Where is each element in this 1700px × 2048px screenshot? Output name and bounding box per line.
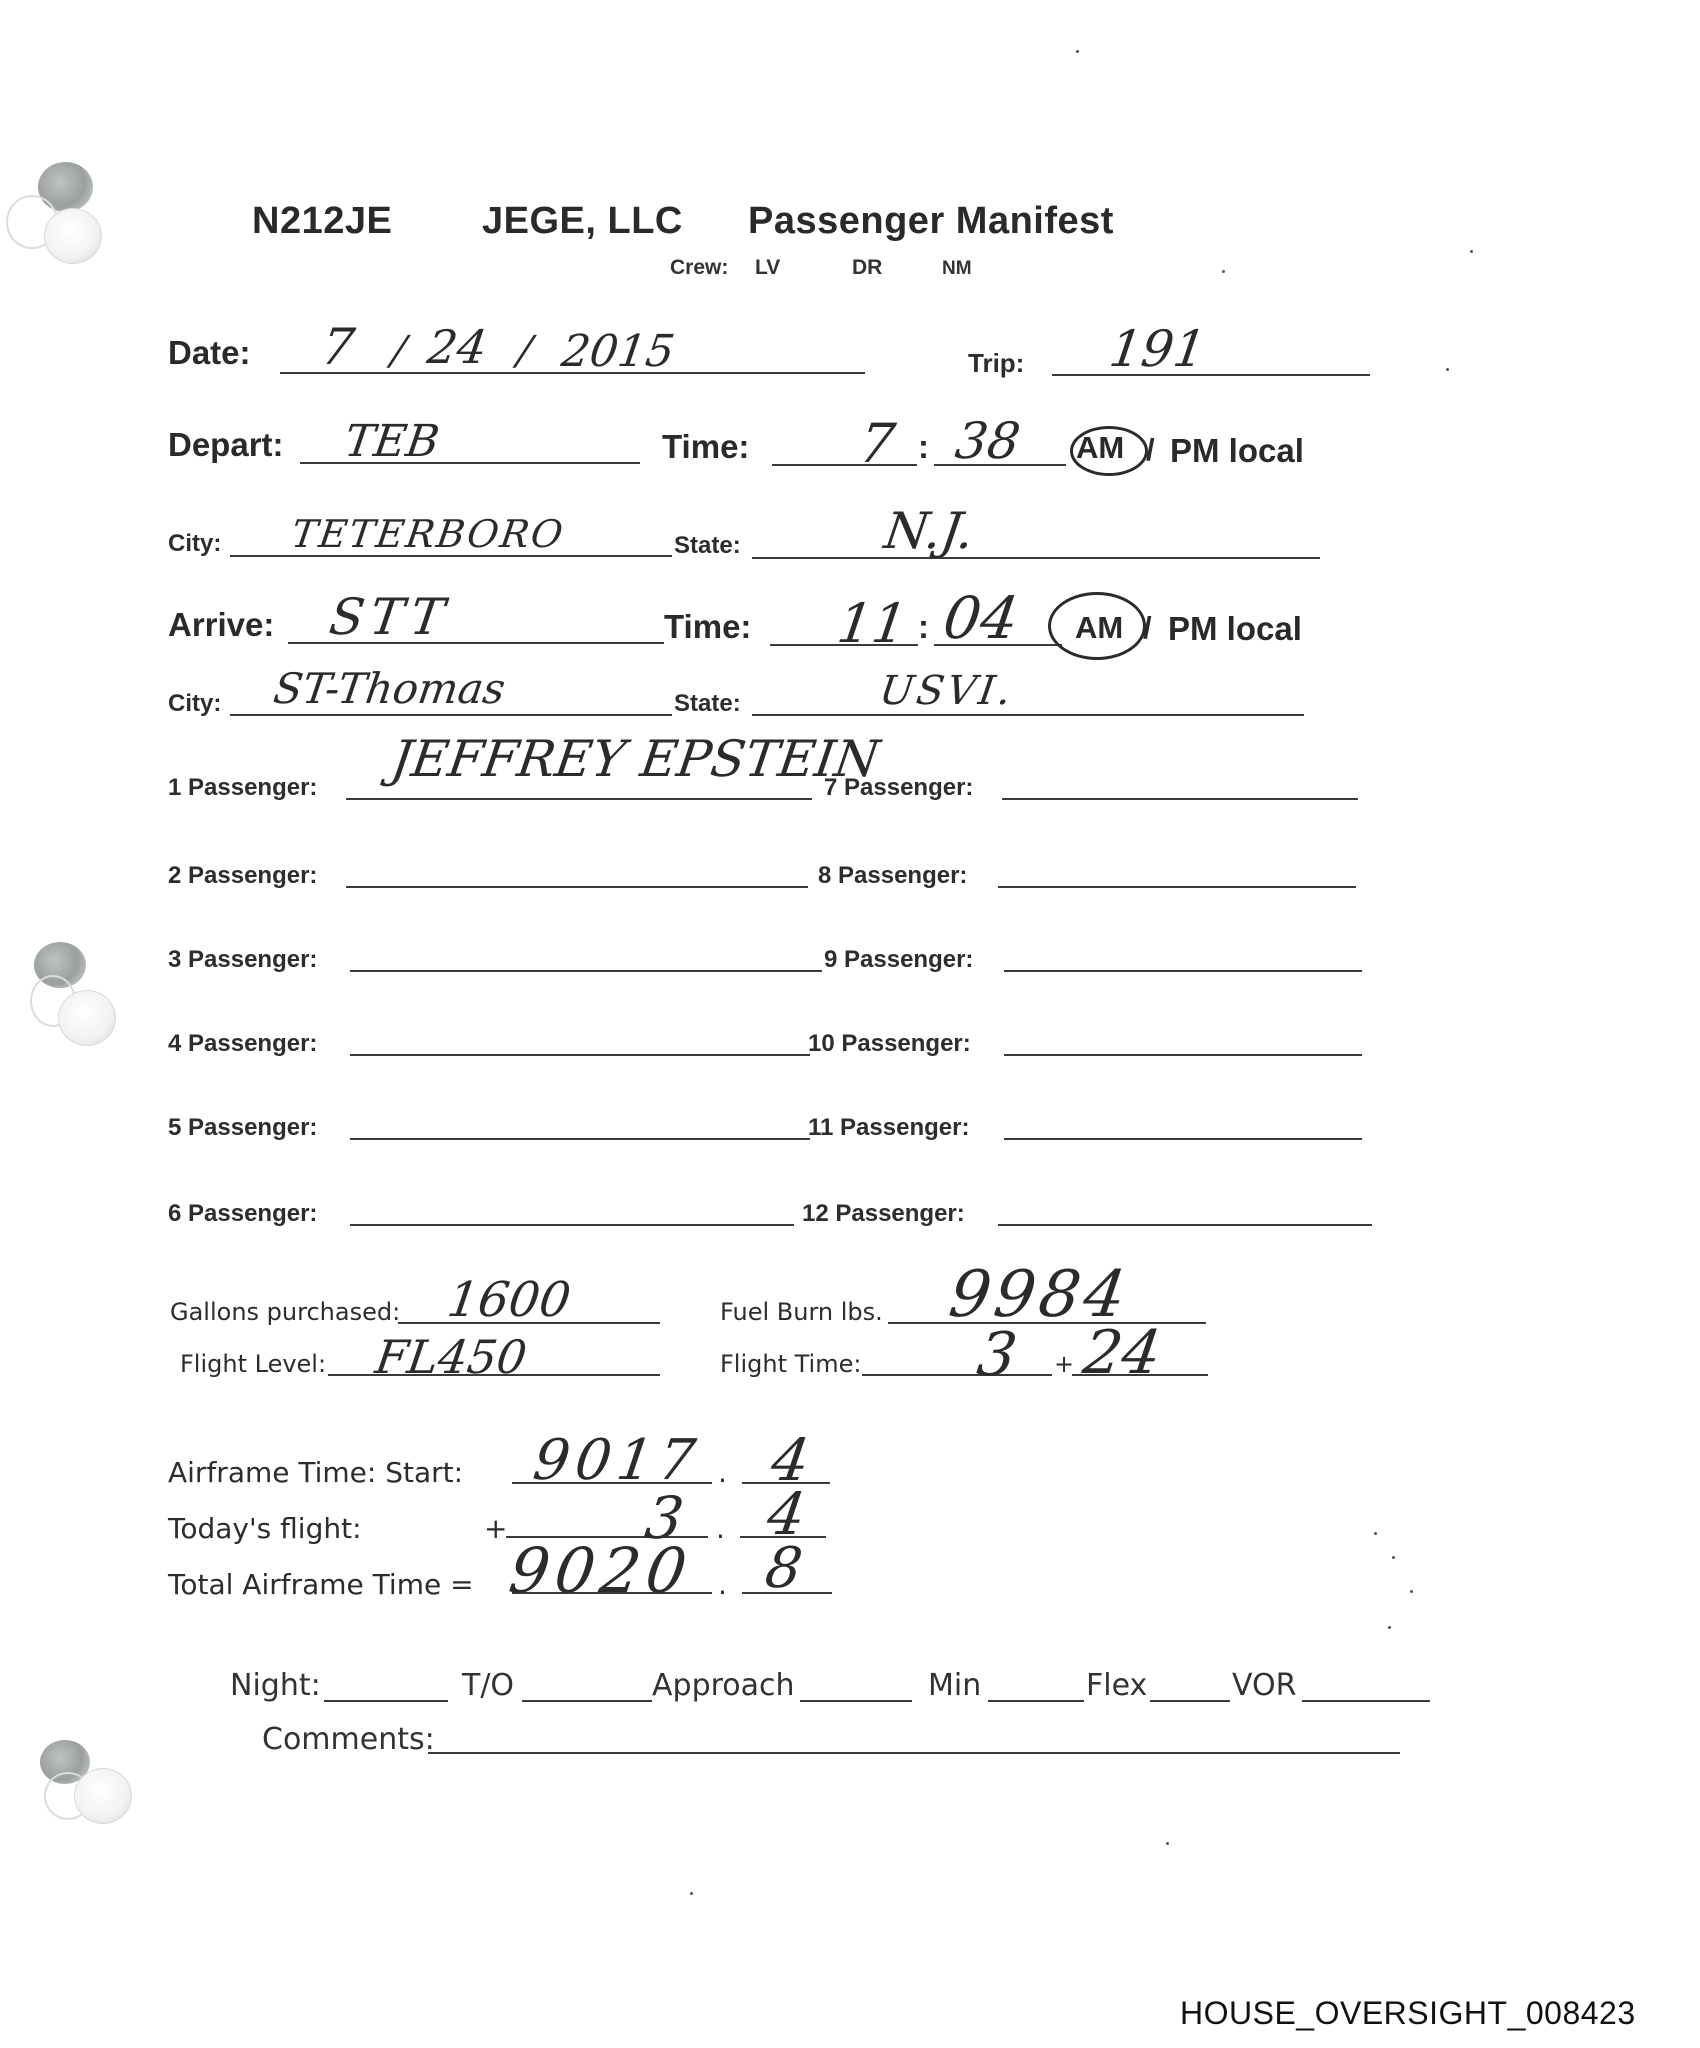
approach-label: Approach: [652, 1668, 795, 1703]
todays-flight-plus: +: [484, 1512, 507, 1545]
depart-label: Depart:: [168, 426, 284, 464]
arrive-minute[interactable]: 04: [939, 584, 1022, 652]
depart-city[interactable]: TETERBORO: [289, 512, 568, 556]
arrive-pm-local[interactable]: PM local: [1168, 610, 1302, 648]
night-label: Night:: [230, 1668, 321, 1703]
flex-label: Flex: [1086, 1668, 1147, 1703]
date-label: Date:: [168, 334, 251, 372]
arrive-airport[interactable]: STT: [326, 588, 454, 646]
gallons-purchased-label: Gallons purchased:: [170, 1298, 400, 1326]
hole-punch-bottom: [74, 1768, 132, 1824]
flight-time-label: Flight Time:: [720, 1350, 861, 1378]
depart-minute[interactable]: 38: [952, 412, 1024, 470]
min-line[interactable]: [988, 1700, 1084, 1702]
depart-time-colon: :: [918, 428, 929, 466]
total-airframe-label: Total Airframe Time =: [168, 1568, 474, 1601]
crew-member-2: DR: [852, 256, 882, 280]
depart-state-label: State:: [674, 532, 741, 560]
hole-punch-top: [44, 208, 102, 264]
flight-time-minutes[interactable]: 24: [1079, 1318, 1165, 1388]
depart-pm-local[interactable]: PM local: [1170, 432, 1304, 470]
passenger-11-line[interactable]: [1004, 1138, 1362, 1140]
arrive-hour[interactable]: 11: [834, 592, 912, 655]
fuel-burn-label: Fuel Burn lbs.: [720, 1298, 883, 1326]
arrive-state-line: [752, 714, 1304, 716]
passenger-4-label: 4 Passenger:: [168, 1030, 317, 1058]
passenger-3-line[interactable]: [350, 970, 822, 972]
comments-line[interactable]: [428, 1752, 1400, 1754]
total-airframe-whole[interactable]: 9020: [505, 1534, 697, 1607]
arrive-city-line: [230, 714, 672, 716]
arrive-time-label: Time:: [664, 608, 751, 646]
depart-state-line: [752, 557, 1320, 559]
passenger-5-label: 5 Passenger:: [168, 1114, 317, 1142]
todays-flight-label: Today's flight:: [168, 1512, 362, 1545]
passenger-8-label: 8 Passenger:: [818, 862, 967, 890]
scan-speck: [690, 1892, 693, 1895]
vor-label: VOR: [1232, 1668, 1296, 1703]
date-day[interactable]: 24: [424, 320, 490, 374]
flight-level-label: Flight Level:: [180, 1350, 326, 1378]
flight-level-value[interactable]: FL450: [372, 1330, 530, 1384]
scan-speck: [1392, 1556, 1395, 1559]
total-airframe-dot: .: [718, 1568, 727, 1601]
scan-speck: [1470, 250, 1473, 253]
trip-line: [1052, 374, 1370, 376]
scan-speck: [1374, 1532, 1377, 1535]
passenger-6-line[interactable]: [350, 1224, 794, 1226]
tail-number: N212JE: [252, 200, 392, 243]
passenger-10-label: 10 Passenger:: [808, 1030, 971, 1058]
date-year[interactable]: 2015: [558, 326, 677, 377]
depart-airport[interactable]: TEB: [341, 416, 442, 467]
night-line[interactable]: [324, 1700, 448, 1702]
scan-speck: [1166, 1842, 1169, 1845]
passenger-1-line: [346, 798, 812, 800]
passenger-12-line[interactable]: [998, 1224, 1372, 1226]
passenger-11-label: 11 Passenger:: [808, 1114, 969, 1142]
passenger-1-name[interactable]: JEFFREY EPSTEIN: [388, 730, 883, 788]
crew-label: Crew:: [670, 256, 728, 280]
date-sep-1: /: [389, 328, 409, 374]
passenger-2-label: 2 Passenger:: [168, 862, 317, 890]
passenger-8-line[interactable]: [998, 886, 1356, 888]
takeoff-line[interactable]: [522, 1700, 652, 1702]
page-title: Passenger Manifest: [748, 200, 1114, 243]
depart-city-label: City:: [168, 530, 221, 558]
scan-speck: [1410, 1590, 1413, 1593]
arrive-state[interactable]: USVI.: [877, 668, 1017, 714]
airframe-start-label: Airframe Time: Start:: [168, 1456, 463, 1489]
depart-am[interactable]: AM: [1076, 430, 1124, 466]
company-name: JEGE, LLC: [482, 200, 683, 243]
comments-label: Comments:: [262, 1722, 435, 1757]
passenger-7-line[interactable]: [1002, 798, 1358, 800]
passenger-6-label: 6 Passenger:: [168, 1200, 317, 1228]
scan-speck: [1446, 368, 1449, 371]
passenger-12-label: 12 Passenger:: [802, 1200, 965, 1228]
depart-time-label: Time:: [662, 428, 749, 466]
passenger-9-line[interactable]: [1004, 970, 1362, 972]
arrive-label: Arrive:: [168, 606, 274, 644]
passenger-9-label: 9 Passenger:: [824, 946, 973, 974]
arrive-am[interactable]: AM: [1075, 610, 1123, 646]
scan-speck: [1388, 1626, 1391, 1629]
arrive-city[interactable]: ST-Thomas: [271, 664, 509, 713]
depart-ampm-sep: /: [1146, 432, 1155, 468]
arrive-state-label: State:: [674, 690, 741, 718]
trip-label: Trip:: [968, 348, 1024, 379]
min-label: Min: [928, 1668, 981, 1703]
passenger-10-line[interactable]: [1004, 1054, 1362, 1056]
passenger-7-label: 7 Passenger:: [824, 774, 973, 802]
arrive-ampm-sep: /: [1143, 610, 1152, 646]
flex-line[interactable]: [1150, 1700, 1230, 1702]
hole-punch-middle: [58, 990, 116, 1046]
passenger-5-line[interactable]: [350, 1138, 810, 1140]
scan-speck: [1076, 50, 1079, 53]
date-month[interactable]: 7: [318, 318, 358, 376]
arrive-city-label: City:: [168, 690, 221, 718]
passenger-1-label: 1 Passenger:: [168, 774, 317, 802]
crew-member-1: LV: [755, 256, 780, 280]
arrive-time-colon: :: [918, 608, 929, 646]
bates-number: HOUSE_OVERSIGHT_008423: [1180, 1995, 1636, 2032]
takeoff-label: T/O: [462, 1668, 514, 1703]
passenger-3-label: 3 Passenger:: [168, 946, 317, 974]
trip-number[interactable]: 191: [1106, 320, 1210, 378]
approach-line[interactable]: [800, 1700, 912, 1702]
vor-line[interactable]: [1302, 1700, 1430, 1702]
scan-speck: [1222, 270, 1225, 273]
crew-member-3: NM: [942, 258, 972, 280]
todays-flight-dot: .: [716, 1512, 725, 1545]
flight-time-hours-line: [862, 1374, 1052, 1376]
date-sep-2: /: [515, 328, 535, 374]
passenger-2-line[interactable]: [346, 886, 808, 888]
depart-state[interactable]: N.J.: [881, 502, 978, 560]
airframe-start-dot: .: [718, 1456, 727, 1489]
gallons-purchased-value[interactable]: 1600: [444, 1272, 574, 1328]
passenger-4-line[interactable]: [350, 1054, 810, 1056]
depart-hour-line: [772, 464, 917, 466]
